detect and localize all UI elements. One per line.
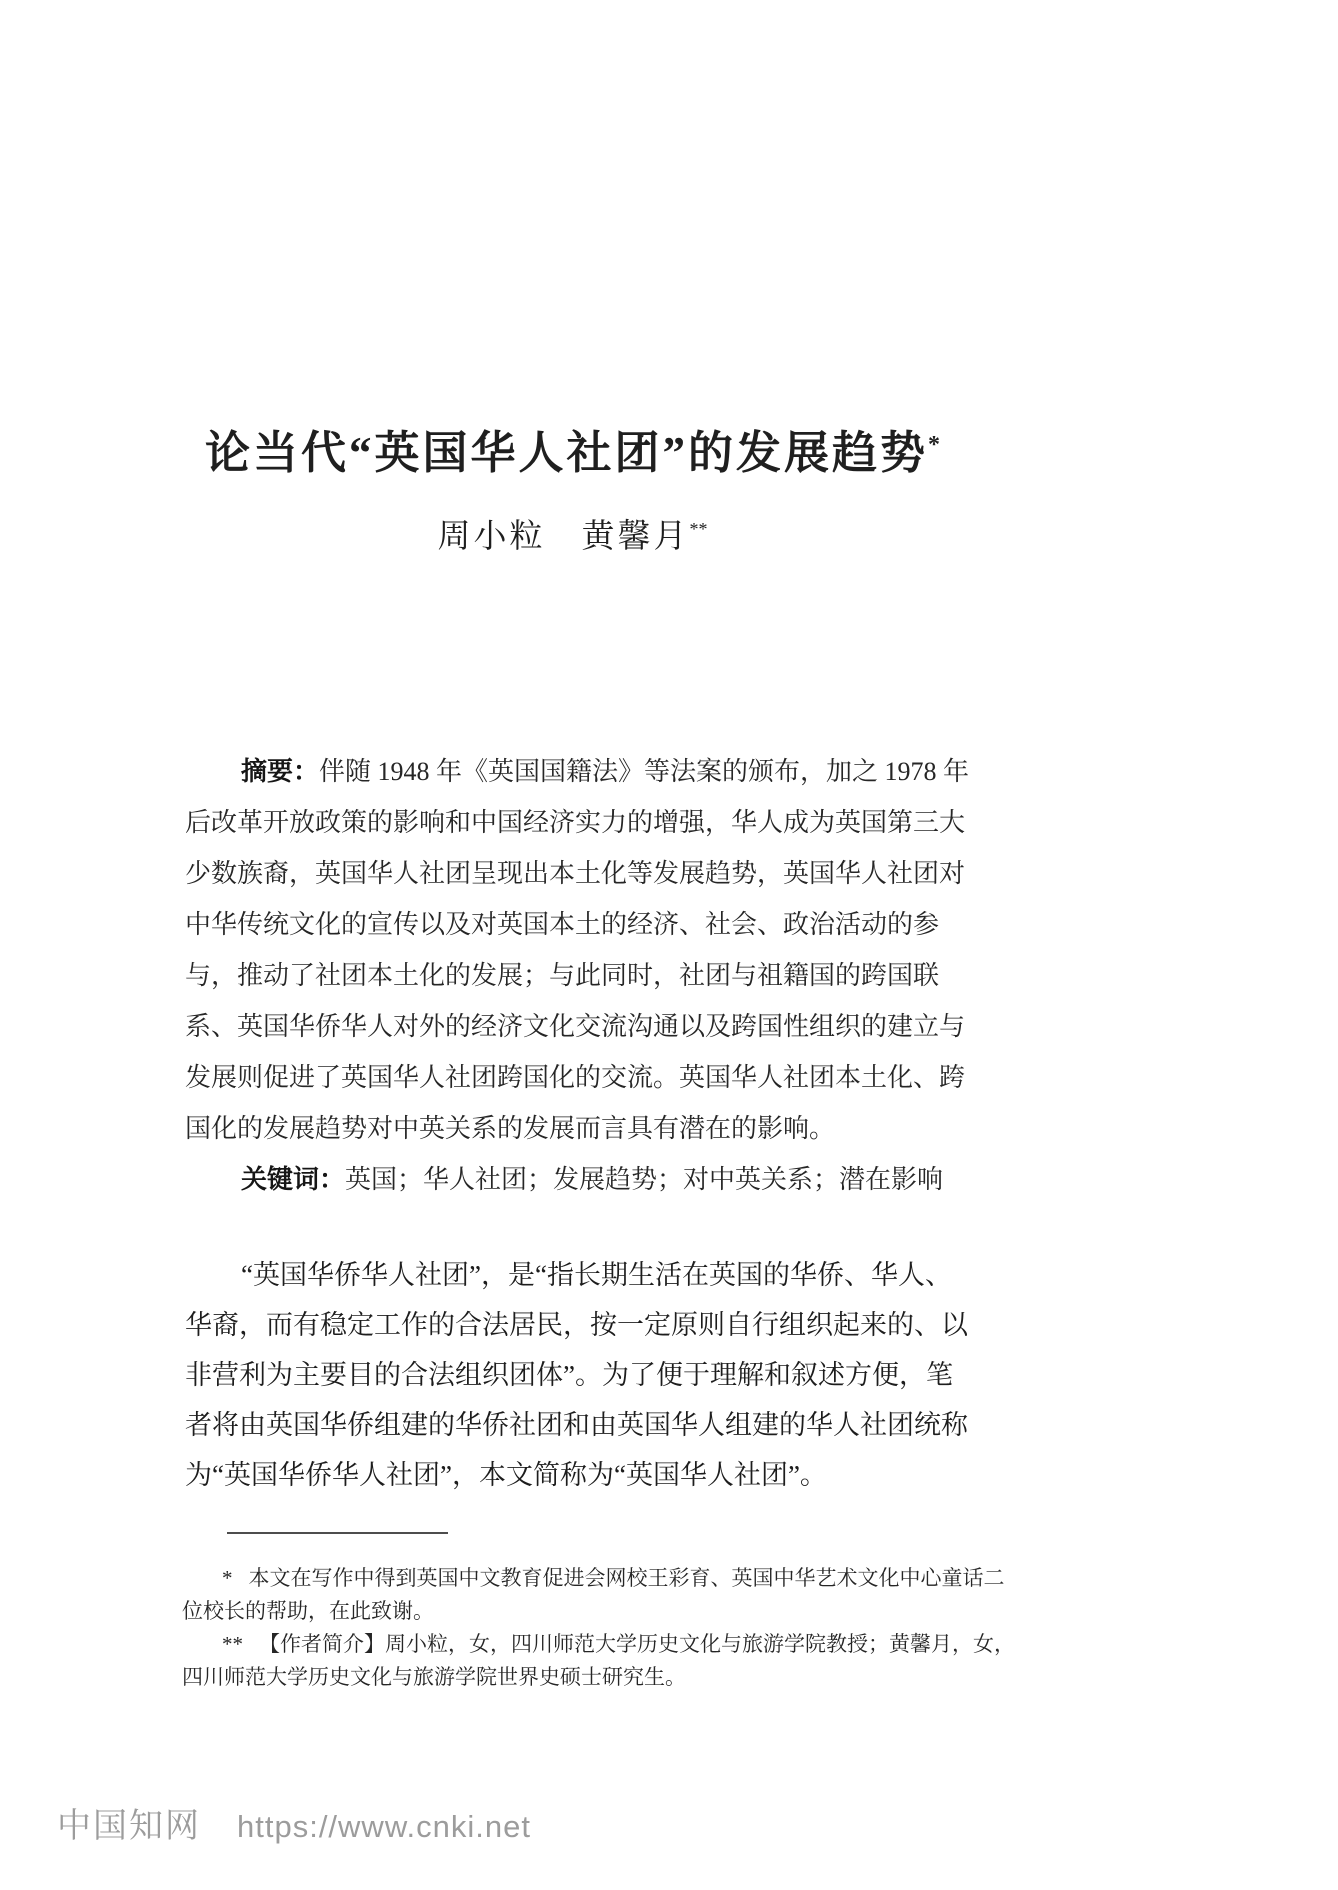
footnote-1-line: *本文在写作中得到英国中文教育促进会网校王彩育、英国中华艺术文化中心童话二 xyxy=(182,1562,974,1595)
body-line: 为“英国华侨华人社团”，本文简称为“英国华人社团”。 xyxy=(185,1450,967,1500)
paper-title-text: 论当代“英国华人社团”的发展趋势 xyxy=(205,428,928,478)
cnki-url: https://www.cnki.net xyxy=(237,1809,531,1845)
paper-title: 论当代“英国华人社团”的发展趋势* xyxy=(185,428,960,480)
footnote-2-line: 四川师范大学历史文化与旅游学院世界史硕士研究生。 xyxy=(182,1661,974,1694)
footnote-2-text: 【作者简介】周小粒，女，四川师范大学历史文化与旅游学院教授；黄馨月，女， xyxy=(259,1632,1015,1656)
cnki-brand: 中国知网 xyxy=(57,1798,201,1847)
abstract-line: 中华传统文化的宣传以及对英国本土的经济、社会、政治活动的参 xyxy=(185,899,967,950)
abstract-line: 国化的发展趋势对中英关系的发展而言具有潜在的影响。 xyxy=(185,1103,967,1154)
paper-page: 论当代“英国华人社团”的发展趋势* 周小粒 黄馨月** 摘要：伴随 1948 年… xyxy=(0,0,1338,1890)
author-line: 周小粒 黄馨月** xyxy=(185,518,960,558)
keywords-text: 英国；华人社团；发展趋势；对中英关系；潜在影响 xyxy=(345,1165,943,1194)
footnote-1-text: 本文在写作中得到英国中文教育促进会网校王彩育、英国中华艺术文化中心童话二 xyxy=(249,1566,1005,1590)
abstract-line: 摘要：伴随 1948 年《英国国籍法》等法案的颁布，加之 1978 年 xyxy=(185,746,967,797)
keywords-label: 关键词： xyxy=(241,1164,345,1194)
body-line: 华裔，而有稳定工作的合法居民，按一定原则自行组织起来的、以 xyxy=(185,1300,967,1350)
abstract-line: 与，推动了社团本土化的发展；与此同时，社团与祖籍国的跨国联 xyxy=(185,950,967,1001)
body-line: 者将由英国华侨组建的华侨社团和由英国华人组建的华人社团统称 xyxy=(185,1400,967,1450)
author-names: 周小粒 黄馨月 xyxy=(438,519,690,555)
cnki-watermark: 中国知网 https://www.cnki.net xyxy=(57,1798,531,1847)
footnote-1-marker: * xyxy=(222,1566,233,1590)
abstract-line: 后改革开放政策的影响和中国经济实力的增强，华人成为英国第三大 xyxy=(185,797,967,848)
abstract-line: 发展则促进了英国华人社团跨国化的交流。英国华人社团本土化、跨 xyxy=(185,1052,967,1103)
footnote-1-line: 位校长的帮助，在此致谢。 xyxy=(182,1595,974,1628)
footnote-2-marker: ** xyxy=(222,1632,243,1656)
abstract-section: 摘要：伴随 1948 年《英国国籍法》等法案的颁布，加之 1978 年 后改革开… xyxy=(185,746,967,1205)
abstract-label: 摘要： xyxy=(241,756,319,786)
footnotes-section: *本文在写作中得到英国中文教育促进会网校王彩育、英国中华艺术文化中心童话二 位校… xyxy=(182,1562,974,1694)
body-paragraph: “英国华侨华人社团”，是“指长期生活在英国的华侨、华人、 华裔，而有稳定工作的合… xyxy=(185,1250,967,1500)
abstract-line: 系、英国华侨华人对外的经济文化交流沟通以及跨国性组织的建立与 xyxy=(185,1001,967,1052)
abstract-line: 少数族裔，英国华人社团呈现出本土化等发展趋势，英国华人社团对 xyxy=(185,848,967,899)
footnote-divider xyxy=(227,1532,448,1534)
body-line: “英国华侨华人社团”，是“指长期生活在英国的华侨、华人、 xyxy=(185,1250,967,1300)
abstract-text: 伴随 1948 年《英国国籍法》等法案的颁布，加之 1978 年 xyxy=(319,757,969,786)
keywords-line: 关键词：英国；华人社团；发展趋势；对中英关系；潜在影响 xyxy=(185,1154,967,1205)
body-line: 非营利为主要目的合法组织团体”。为了便于理解和叙述方便，笔 xyxy=(185,1350,967,1400)
footnote-2-line: **【作者简介】周小粒，女，四川师范大学历史文化与旅游学院教授；黄馨月，女， xyxy=(182,1628,974,1661)
author-footnote-marker: ** xyxy=(690,519,708,539)
title-footnote-marker: * xyxy=(928,432,940,458)
